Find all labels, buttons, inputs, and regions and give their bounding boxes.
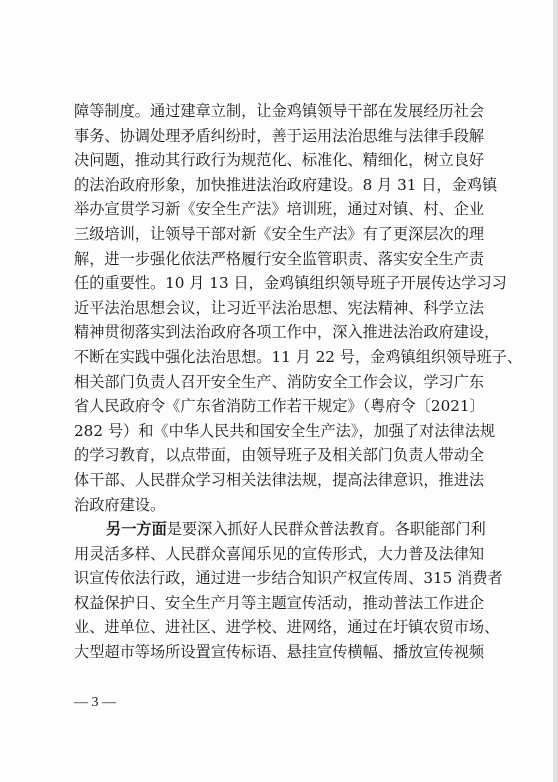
text-line: 相关部门负责人召开安全生产、消防安全工作会议，学习广东 (74, 370, 480, 395)
first-line-rest: 是要深入抓好人民群众普法教育。各职能部门利 (167, 520, 486, 538)
text-line: 282 号）和《中华人民共和国安全生产法》，加强了对法律法规 (74, 419, 480, 444)
body-text: 障等制度。通过建章立制，让金鸡镇领导干部在发展经历社会 事务、协调处理矛盾纠纷时… (74, 99, 480, 665)
text-line: 三级培训，让领导干部对新《安全生产法》有了更深层次的理 (74, 222, 480, 247)
text-line: 决问题，推动其行政行为规范化、标准化、精细化，树立良好 (74, 148, 480, 173)
bold-lead: 另一方面 (106, 520, 167, 538)
text-line: 识宣传依法行政，通过进一步结合知识产权宣传周、315 消费者 (74, 566, 480, 591)
text-line: 体干部、人民群众学习相关法律法规，提高法律意识，推进法 (74, 468, 480, 493)
text-line: 权益保护日、安全生产月等主题宣传活动，推动普法工作进企 (74, 591, 480, 616)
text-line: 不断在实践中强化法治思想。11 月 22 号，金鸡镇组织领导班子、 (74, 345, 480, 370)
paragraph-2-first-line: 另一方面是要深入抓好人民群众普法教育。各职能部门利 (74, 517, 480, 542)
page-edge-shadow (553, 0, 558, 782)
document-page: 障等制度。通过建章立制，让金鸡镇领导干部在发展经历社会 事务、协调处理矛盾纠纷时… (0, 0, 553, 782)
text-line: 举办宣贯学习新《安全生产法》培训班，通过对镇、村、企业 (74, 197, 480, 222)
text-line: 省人民政府令《广东省消防工作若干规定》（粤府令〔2021〕 (74, 394, 480, 419)
text-line: 任的重要性。10 月 13 日，金鸡镇组织领导班子开展传达学习习 (74, 271, 480, 296)
text-line: 的法治政府形象，加快推进法治政府建设。8 月 31 日，金鸡镇 (74, 173, 480, 198)
text-line: 事务、协调处理矛盾纠纷时，善于运用法治思维与法律手段解 (74, 124, 480, 149)
text-line: 的学习教育，以点带面，由领导班子及相关部门负责人带动全 (74, 443, 480, 468)
text-line: 业、进单位、进社区、进学校、进网络，通过在圩镇农贸市场、 (74, 615, 480, 640)
page-number: — 3 — (74, 693, 116, 713)
text-line: 用灵活多样、人民群众喜闻乐见的宣传形式，大力普及法律知 (74, 542, 480, 567)
text-line: 治政府建设。 (74, 493, 480, 518)
text-line: 近平法治思想会议，让习近平法治思想、宪法精神、科学立法 (74, 296, 480, 321)
text-line: 大型超市等场所设置宣传标语、悬挂宣传横幅、播放宣传视频 (74, 640, 480, 665)
text-line: 障等制度。通过建章立制，让金鸡镇领导干部在发展经历社会 (74, 99, 480, 124)
text-line: 精神贯彻落实到法治政府各项工作中，深入推进法治政府建设， (74, 320, 480, 345)
text-line: 解，进一步强化依法严格履行安全监管职责、落实安全生产责 (74, 247, 480, 272)
